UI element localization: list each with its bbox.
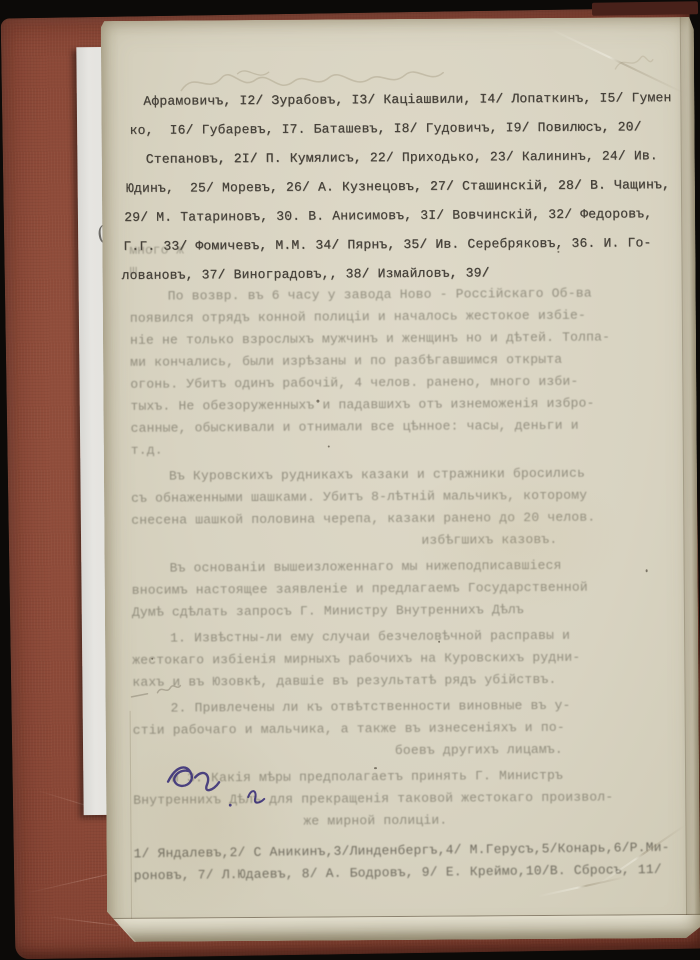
ink-speck (646, 569, 648, 572)
typed-line: 29/ М. Татариновъ, 30. В. Анисимовъ, 3I/… (124, 199, 695, 232)
scanned-document-photo: ( Афрамовичъ, I2/ Зурабовъ, I3/ Каціашви… (0, 0, 700, 960)
ghost-line: т.д. (131, 436, 691, 462)
typed-line: Юдинъ, 25/ Моревъ, 26/ А. Кузнецовъ, 27/… (126, 170, 695, 203)
bottom-fold-band (107, 915, 700, 942)
ink-speck (438, 641, 440, 643)
ghost-line: Думѣ сдѣлать запросъ Г. Министру Внутрен… (132, 598, 692, 624)
ink-speck (557, 251, 559, 253)
blue-ink-mark (160, 753, 270, 819)
typed-line: ко, I6/ Губаревъ, I7. Баташевъ, I8/ Гудо… (129, 112, 694, 145)
typed-line: Степановъ, 2I/ П. Кумялисъ, 22/ Приходьк… (146, 141, 695, 174)
typed-line: Афрамовичъ, I2/ Зурабовъ, I3/ Каціашвили… (143, 83, 694, 116)
handwritten-mark-ghost (613, 51, 657, 77)
document-page: Афрамовичъ, I2/ Зурабовъ, I3/ Каціашвили… (101, 17, 700, 942)
typed-line: Г.Г. 33/ Фомичевъ, М.М. 34/ Пярнъ, 35/ И… (123, 228, 695, 261)
ink-speck (374, 767, 377, 769)
cover-top-edge (592, 1, 698, 15)
pencil-mark (127, 680, 187, 710)
ink-speck (316, 400, 319, 403)
ghost-fragment: ш. (129, 263, 145, 278)
ghost-fragment: много ж (129, 243, 184, 258)
crease (130, 711, 133, 936)
typed-name-list: Афрамовичъ, I2/ Зурабовъ, I3/ Каціашвили… (101, 83, 695, 290)
ghost-line: кахъ и въ Юзовкѣ, давшіе въ результатѣ р… (132, 668, 692, 694)
ink-speck (151, 658, 153, 660)
ink-speck (328, 445, 330, 447)
ghost-line: ніе не только взрослыхъ мужчинъ и женщин… (130, 326, 690, 352)
ghost-line: избѣгшихъ казовъ. (131, 528, 691, 554)
